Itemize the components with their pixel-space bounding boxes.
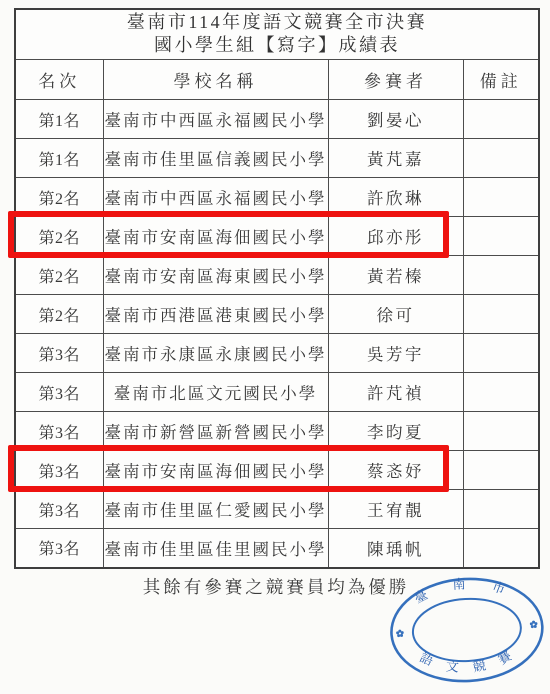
column-header-participant: 參賽者	[328, 60, 463, 100]
school-cell: 臺南市佳里區信義國民小學	[103, 139, 328, 178]
participant-cell: 劉晏心	[328, 100, 463, 139]
rank-cell: 第2名	[15, 295, 103, 334]
document-title-cell: 臺南市114年度語文競賽全市決賽 國小學生組【寫字】成績表	[15, 9, 539, 60]
school-cell: 臺南市永康區永康國民小學	[103, 334, 328, 373]
rank-cell: 第3名	[15, 373, 103, 412]
rank-cell: 第2名	[15, 217, 103, 256]
results-table-body: 第1名臺南市中西區永福國民小學劉晏心第1名臺南市佳里區信義國民小學黃芃嘉第2名臺…	[15, 100, 539, 568]
note-cell	[463, 334, 539, 373]
note-cell	[463, 100, 539, 139]
participant-cell: 邱亦彤	[328, 217, 463, 256]
column-header-school: 學校名稱	[103, 60, 328, 100]
table-row: 第3名臺南市佳里區仁愛國民小學王宥靚	[15, 490, 539, 529]
table-row: 第2名臺南市安南區海東國民小學黃若榛	[15, 256, 539, 295]
rank-cell: 第3名	[15, 334, 103, 373]
rank-cell: 第2名	[15, 256, 103, 295]
participant-cell: 蔡忞妤	[328, 451, 463, 490]
participant-cell: 許欣琳	[328, 178, 463, 217]
table-row: 第3名臺南市永康區永康國民小學吳芳宇	[15, 334, 539, 373]
table-row: 第3名臺南市佳里區佳里國民小學陳瑀帆	[15, 529, 539, 568]
note-cell	[463, 490, 539, 529]
note-cell	[463, 295, 539, 334]
school-cell: 臺南市北區文元國民小學	[103, 373, 328, 412]
column-header-note: 備註	[463, 60, 539, 100]
school-cell: 臺南市中西區永福國民小學	[103, 178, 328, 217]
table-row: 第3名臺南市新營區新營國民小學李昀夏	[15, 412, 539, 451]
rank-cell: 第3名	[15, 529, 103, 568]
table-row: 第1名臺南市佳里區信義國民小學黃芃嘉	[15, 139, 539, 178]
official-stamp: 臺 南 市 語 文 競 賽	[384, 572, 550, 692]
note-cell	[463, 178, 539, 217]
rank-cell: 第1名	[15, 100, 103, 139]
note-cell	[463, 529, 539, 568]
school-cell: 臺南市安南區海佃國民小學	[103, 451, 328, 490]
school-cell: 臺南市新營區新營國民小學	[103, 412, 328, 451]
note-cell	[463, 451, 539, 490]
note-cell	[463, 373, 539, 412]
participant-cell: 陳瑀帆	[328, 529, 463, 568]
note-cell	[463, 256, 539, 295]
title-row: 臺南市114年度語文競賽全市決賽 國小學生組【寫字】成績表	[15, 9, 539, 60]
column-header-rank: 名次	[15, 60, 103, 100]
note-cell	[463, 217, 539, 256]
rank-cell: 第3名	[15, 412, 103, 451]
school-cell: 臺南市西港區港東國民小學	[103, 295, 328, 334]
participant-cell: 王宥靚	[328, 490, 463, 529]
school-cell: 臺南市中西區永福國民小學	[103, 100, 328, 139]
plum-blossom-right-icon	[530, 620, 538, 628]
table-row: 第2名臺南市安南區海佃國民小學邱亦彤	[15, 217, 539, 256]
document-title-line1: 臺南市114年度語文競賽全市決賽	[16, 11, 538, 34]
document-page: 臺南市114年度語文競賽全市決賽 國小學生組【寫字】成績表 名次 學校名稱 參賽…	[0, 0, 550, 694]
participant-cell: 黃芃嘉	[328, 139, 463, 178]
rank-cell: 第3名	[15, 451, 103, 490]
rank-cell: 第2名	[15, 178, 103, 217]
school-cell: 臺南市佳里區佳里國民小學	[103, 529, 328, 568]
document-title-line2: 國小學生組【寫字】成績表	[16, 34, 538, 57]
school-cell: 臺南市佳里區仁愛國民小學	[103, 490, 328, 529]
participant-cell: 黃若榛	[328, 256, 463, 295]
note-cell	[463, 139, 539, 178]
plum-blossom-left-icon	[396, 629, 404, 637]
participant-cell: 李昀夏	[328, 412, 463, 451]
results-table: 臺南市114年度語文競賽全市決賽 國小學生組【寫字】成績表 名次 學校名稱 參賽…	[14, 8, 540, 569]
rank-cell: 第1名	[15, 139, 103, 178]
note-cell	[463, 412, 539, 451]
stamp-text-top: 臺 南 市	[411, 574, 519, 607]
participant-cell: 吳芳宇	[328, 334, 463, 373]
table-row: 第3名臺南市北區文元國民小學許芃禎	[15, 373, 539, 412]
participant-cell: 許芃禎	[328, 373, 463, 412]
table-row: 第1名臺南市中西區永福國民小學劉晏心	[15, 100, 539, 139]
participant-cell: 徐可	[328, 295, 463, 334]
table-row: 第2名臺南市中西區永福國民小學許欣琳	[15, 178, 539, 217]
table-header-row: 名次 學校名稱 參賽者 備註	[15, 60, 539, 100]
school-cell: 臺南市安南區海佃國民小學	[103, 217, 328, 256]
table-row: 第2名臺南市西港區港東國民小學徐可	[15, 295, 539, 334]
school-cell: 臺南市安南區海東國民小學	[103, 256, 328, 295]
rank-cell: 第3名	[15, 490, 103, 529]
table-row: 第3名臺南市安南區海佃國民小學蔡忞妤	[15, 451, 539, 490]
